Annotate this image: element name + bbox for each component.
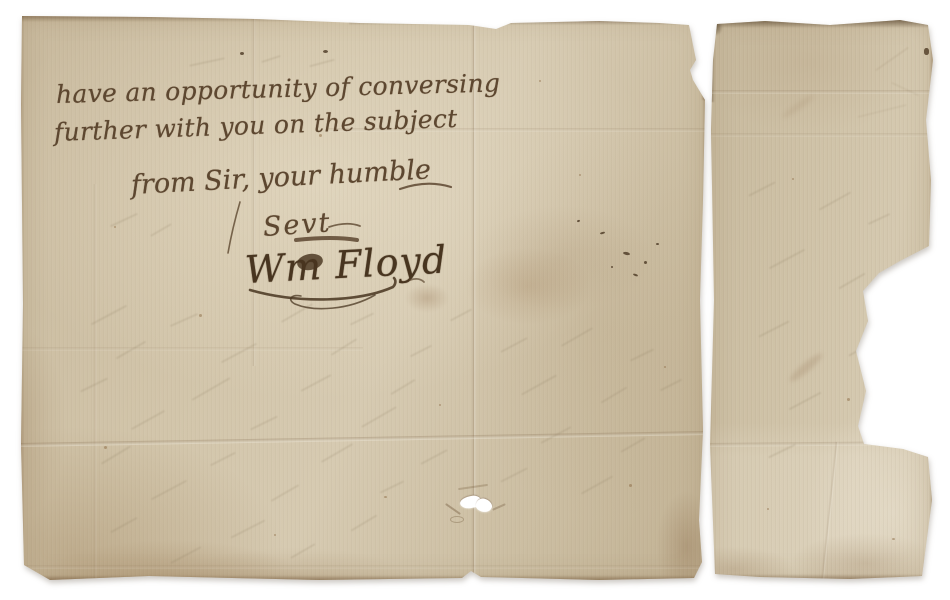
strip-fold-lower	[707, 441, 934, 447]
foxing-dot	[274, 534, 276, 536]
bleedthrough-mark	[420, 449, 447, 465]
bleedthrough-mark	[660, 379, 682, 392]
tear-line-right	[492, 503, 506, 511]
bleedthrough-mark	[271, 484, 300, 502]
strip-browned-bottom-edge	[707, 574, 934, 580]
bleedthrough-mark	[380, 480, 404, 493]
fold-crease-vertical-center	[472, 14, 476, 581]
bleedthrough-mark	[581, 475, 613, 494]
bleedthrough-mark	[351, 514, 378, 531]
foxing-dot	[892, 538, 895, 540]
bleedthrough-mark	[858, 412, 882, 427]
tear-ring-mark	[450, 516, 464, 523]
stray-ink-stroke	[228, 202, 240, 253]
strip-browned-right-edge	[929, 18, 934, 580]
ink-speck	[644, 261, 647, 264]
strip-fold-upper	[707, 90, 934, 94]
foxing-dot	[104, 446, 107, 449]
bleedthrough-mark	[290, 543, 315, 559]
scorch-top-edge	[19, 14, 707, 22]
bleedthrough-mark	[868, 213, 891, 225]
bleedthrough-mark	[541, 426, 572, 444]
foxing-dot	[199, 314, 202, 317]
ink-smudge-stain	[405, 284, 449, 312]
foxing-dot	[579, 174, 581, 176]
ink-speck	[577, 220, 581, 223]
bleedthrough-mark	[601, 386, 628, 403]
foxing-dot	[539, 80, 541, 82]
bleedthrough-mark	[189, 57, 225, 66]
bleedthrough-mark	[758, 320, 789, 337]
strip-scorch-top-edge	[707, 18, 934, 28]
paper-strip	[707, 18, 934, 580]
bleedthrough-mark	[170, 313, 198, 327]
signature-wm-floyd: Wm Floyd	[244, 240, 448, 289]
handwriting-line-2: further with you on the subject	[54, 106, 458, 145]
strip-scorch-left-edge	[707, 18, 715, 102]
bleedthrough-mark	[281, 303, 313, 323]
bleedthrough-mark	[261, 55, 281, 63]
strip-vignette	[707, 18, 934, 580]
letter-sheet-wrap: have an opportunity of conversing furthe…	[19, 14, 707, 581]
foxing-dot	[664, 366, 666, 368]
bleedthrough-mark	[171, 546, 202, 564]
bleedthrough-mark	[500, 467, 528, 482]
bleedthrough-mark	[769, 249, 805, 270]
ink-speck	[323, 50, 328, 53]
ink-speck	[633, 273, 638, 277]
hole-left-lobe	[459, 495, 482, 510]
strip-stain-streak	[787, 351, 825, 385]
ink-speck	[623, 251, 630, 255]
foxing-dot	[114, 226, 116, 228]
bleedthrough-mark	[91, 305, 127, 326]
paper-hole	[448, 482, 508, 524]
strip-diagonal-crease	[821, 442, 839, 580]
signature-loop-flourish	[291, 295, 375, 309]
bleedthrough-mark	[151, 480, 187, 501]
bleedthrough-mark	[450, 308, 472, 321]
bleedthrough-mark	[309, 59, 335, 68]
hole-right-lobe	[474, 496, 494, 514]
paper-strip-wrap	[707, 18, 934, 580]
bleedthrough-mark	[210, 452, 236, 466]
handwriting-line-3: from Sir, your humble	[130, 156, 431, 199]
foxing-dot	[847, 398, 850, 401]
foxing-dot	[792, 178, 794, 180]
bleedthrough-mark	[321, 443, 353, 463]
strip-crumple-line	[875, 47, 909, 72]
bleedthrough-mark	[748, 181, 776, 196]
bleedthrough-mark	[768, 444, 796, 459]
bleedthrough-mark	[561, 327, 593, 347]
bleedthrough-mark	[150, 223, 172, 237]
bleedthrough-mark	[848, 341, 873, 356]
foxing-dot	[439, 404, 441, 406]
handwriting-servant-abbrev: Sevt	[262, 209, 332, 241]
bleedthrough-mark	[630, 348, 654, 361]
strip-fold-second	[707, 133, 934, 137]
foxing-dot	[384, 496, 387, 498]
photo-background: have an opportunity of conversing furthe…	[0, 0, 950, 600]
letter-sheet: have an opportunity of conversing furthe…	[19, 14, 707, 581]
bleedthrough-mark	[116, 341, 146, 360]
bleedthrough-mark	[301, 374, 332, 392]
foxing-dot	[767, 508, 769, 510]
fold-crease-horizontal-middle	[19, 347, 363, 351]
scorch-top-edge-dark	[349, 14, 707, 25]
ink-speck	[240, 52, 244, 55]
browned-left-edge	[19, 14, 24, 581]
bleedthrough-mark	[839, 273, 866, 290]
bleedthrough-mark	[819, 191, 851, 210]
strip-crumple-line	[891, 82, 919, 96]
strip-scorch-corner	[707, 18, 723, 36]
bleedthrough-mark	[331, 338, 358, 356]
ink-speck	[611, 266, 613, 268]
fold-crease-horizontal-main	[19, 431, 707, 447]
bleedthrough-mark	[231, 519, 266, 538]
bleedthrough-mark	[131, 410, 165, 430]
dark-edge-speck	[924, 48, 929, 55]
bleedthrough-mark	[80, 378, 108, 393]
strip-crumple-line	[858, 104, 907, 118]
bleedthrough-mark	[350, 312, 374, 325]
fold-crease-horizontal-bottom	[19, 565, 707, 569]
tear-line-left	[445, 503, 461, 515]
ink-speck	[656, 243, 659, 245]
bleedthrough-mark	[361, 406, 397, 428]
bleedthrough-mark	[390, 379, 415, 395]
bleedthrough-mark	[250, 416, 278, 431]
bleedthrough-mark	[410, 345, 432, 358]
bleedthrough-mark	[221, 343, 257, 364]
foxing-dot	[629, 484, 632, 487]
bleedthrough-mark	[620, 437, 645, 453]
bleedthrough-mark	[191, 377, 230, 401]
browned-bottom-edge	[19, 575, 707, 581]
bleedthrough-mark	[521, 374, 557, 395]
ink-speck	[600, 231, 605, 234]
handwriting-line-1: have an opportunity of conversing	[56, 70, 501, 107]
tear-crease-above	[458, 484, 488, 490]
bleedthrough-mark	[789, 392, 822, 411]
sevt-terminal-flourish	[329, 224, 360, 227]
bleedthrough-mark	[500, 337, 527, 353]
strip-stain-streak-faint	[780, 93, 815, 121]
bleedthrough-mark	[110, 517, 137, 533]
